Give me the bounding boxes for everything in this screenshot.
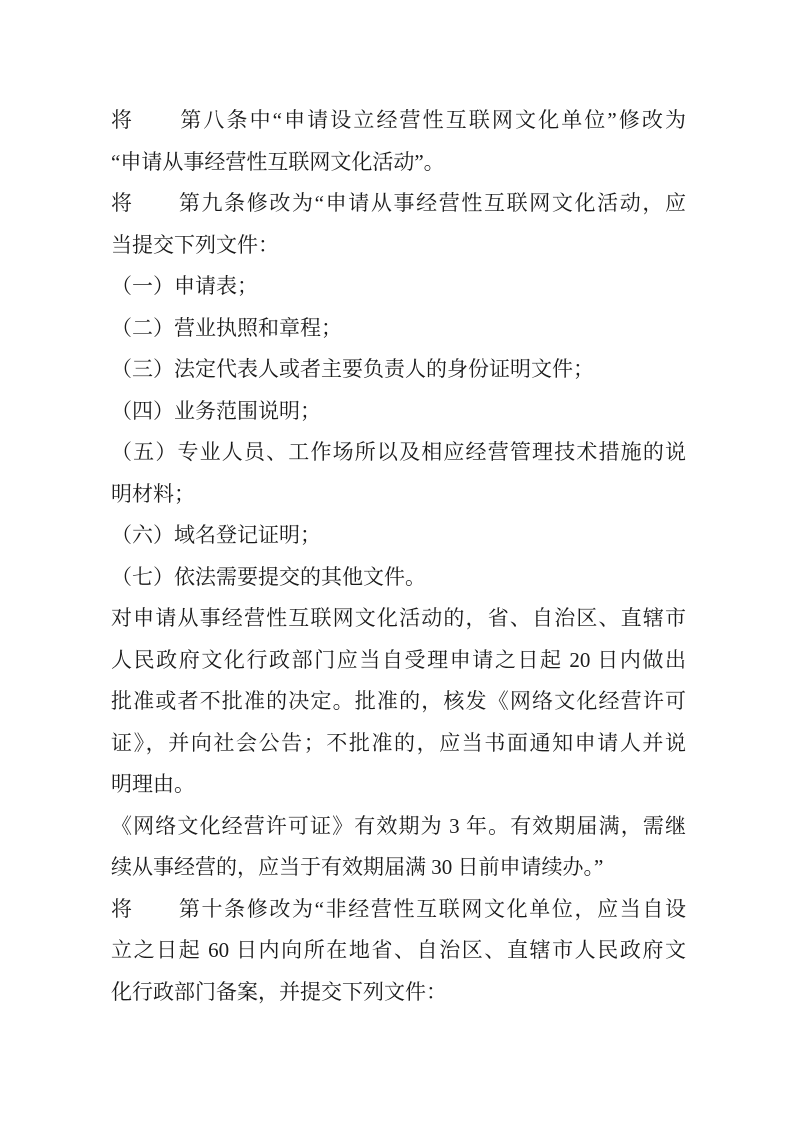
text-line: 对申请从事经营性互联网文化活动的，省、自治区、直辖市 — [111, 598, 686, 640]
text-line: 《网络文化经营许可证》有效期为 3 年。有效期届满，需继 — [111, 806, 686, 848]
text-line: （一）申请表； — [111, 266, 686, 308]
text-line: 明理由。 — [111, 764, 686, 806]
text-line: 将 第九条修改为“申请从事经营性互联网文化活动，应 — [111, 183, 686, 225]
text-line: 明材料； — [111, 474, 686, 516]
text-line: 将 第八条中“申请设立经营性互联网文化单位”修改为 — [111, 100, 686, 142]
document-body: 将 第八条中“申请设立经营性互联网文化单位”修改为“申请从事经营性互联网文化活动… — [111, 100, 686, 1013]
text-line: 证》，并向社会公告；不批准的，应当书面通知申请人并说 — [111, 723, 686, 765]
text-line: （四）业务范围说明； — [111, 391, 686, 433]
text-line: 续从事经营的，应当于有效期届满 30 日前申请续办。” — [111, 847, 686, 889]
text-line: 人民政府文化行政部门应当自受理申请之日起 20 日内做出 — [111, 640, 686, 682]
text-line: （六）域名登记证明； — [111, 515, 686, 557]
text-line: （三）法定代表人或者主要负责人的身份证明文件； — [111, 349, 686, 391]
text-line: （二）营业执照和章程； — [111, 308, 686, 350]
text-line: “申请从事经营性互联网文化活动”。 — [111, 142, 686, 184]
text-line: 当提交下列文件： — [111, 225, 686, 267]
document-page: 将 第八条中“申请设立经营性互联网文化单位”修改为“申请从事经营性互联网文化活动… — [0, 0, 793, 1122]
text-line: 立之日起 60 日内向所在地省、自治区、直辖市人民政府文 — [111, 930, 686, 972]
text-line: 化行政部门备案，并提交下列文件： — [111, 972, 686, 1014]
text-line: 将 第十条修改为“非经营性互联网文化单位，应当自设 — [111, 889, 686, 931]
text-line: （五）专业人员、工作场所以及相应经营管理技术措施的说 — [111, 432, 686, 474]
text-line: 批准或者不批准的决定。批准的，核发《网络文化经营许可 — [111, 681, 686, 723]
text-line: （七）依法需要提交的其他文件。 — [111, 557, 686, 599]
